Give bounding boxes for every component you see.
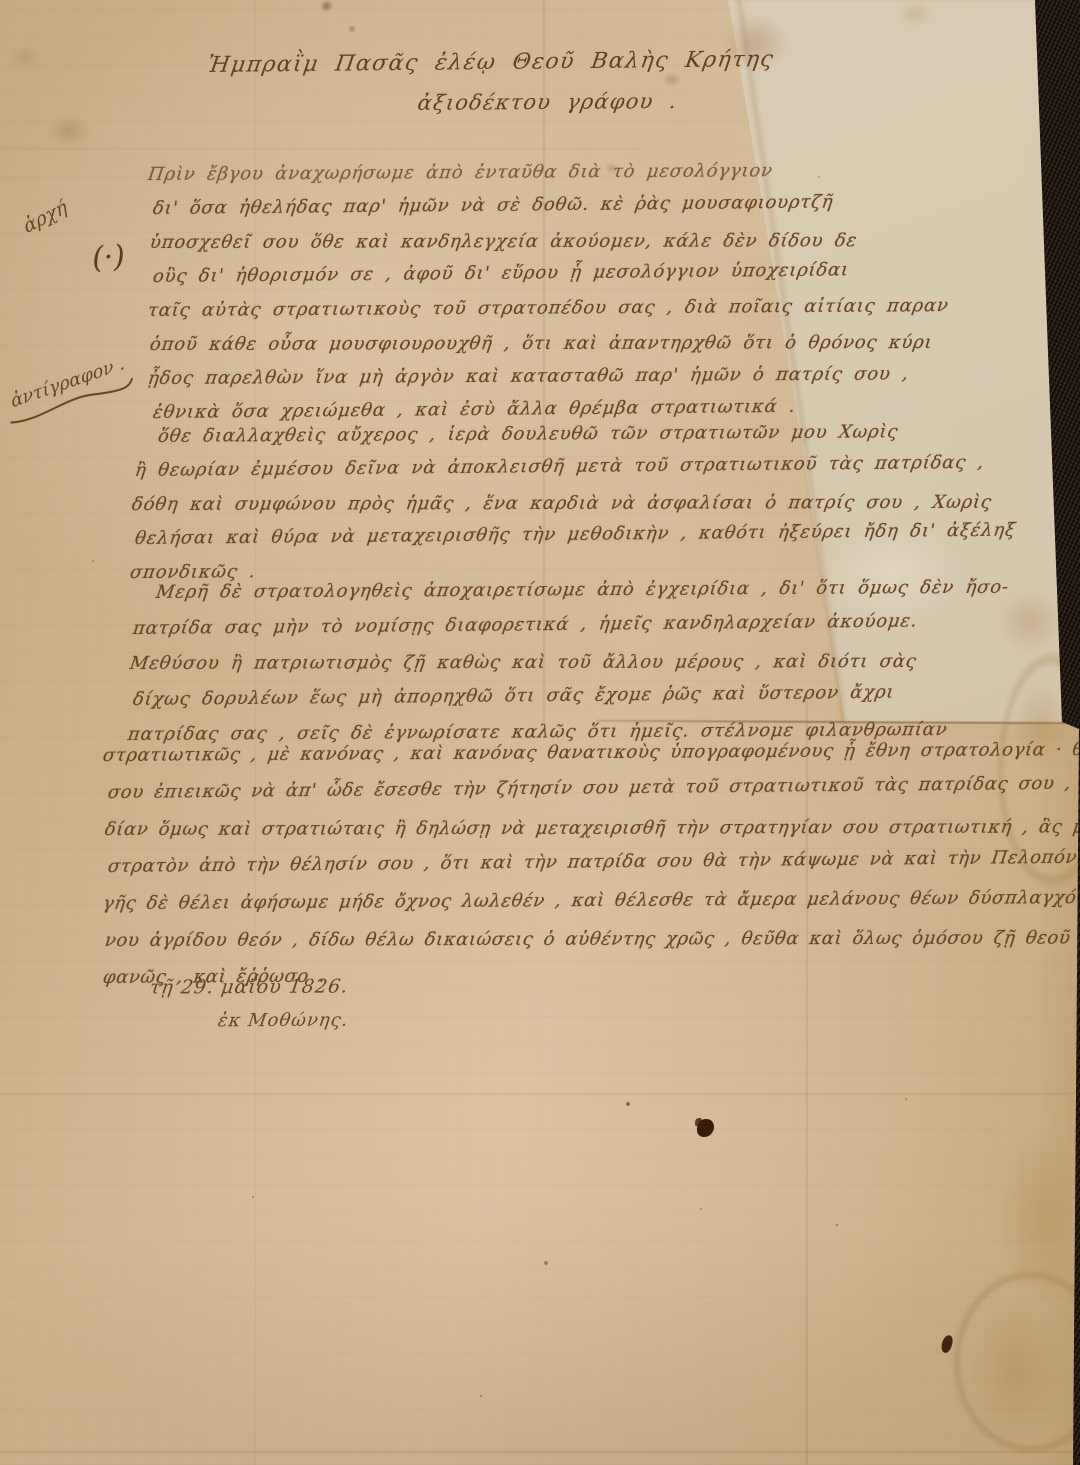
stain-spot xyxy=(898,2,932,26)
date-line: τῇ 29. μαΐου 1826. xyxy=(148,975,349,998)
stain-spot xyxy=(663,73,681,86)
ink-specks xyxy=(0,0,2,2)
manuscript-photo: Ἠμπραῒμ Πασᾶς ἐλέῳ Θεοῦ Βαλὴς Κρήτης ἀξι… xyxy=(0,0,1080,1465)
horizontal-fold-crease xyxy=(0,1451,1075,1453)
handwritten-line: ἢ θεωρίαν ἐμμέσου δεῖνα νὰ ἀποκλεισθῆ με… xyxy=(133,446,1018,488)
heading-line-1: Ἠμπραῒμ Πασᾶς ἐλέῳ Θεοῦ Βαλὴς Κρήτης xyxy=(206,47,776,78)
handwritten-line: ὁποῦ κάθε οὖσα μουσφιουρουχθῆ , ὅτι καὶ … xyxy=(148,326,951,362)
ink-spot xyxy=(320,0,333,12)
ink-blot xyxy=(697,1119,714,1137)
place-line: ἐκ Μοθώνης. xyxy=(217,1010,350,1031)
handwritten-line: ταῖς αὐτὰς στρατιωτικοὺς τοῦ στρατοπέδου… xyxy=(146,289,951,328)
margin-reference-mark: (·) xyxy=(91,239,126,276)
handwritten-line: δι' ὅσα ἠθελήδας παρ' ἡμῶν νὰ σὲ δοθῶ. κ… xyxy=(151,184,952,226)
paragraph-1: Πρὶν ἔβγου ἀναχωρήσωμε ἀπὸ ἐνταῦθα διὰ τ… xyxy=(148,158,948,430)
foxing-stain xyxy=(48,116,90,146)
horizontal-fold-crease xyxy=(0,148,640,149)
ink-spot xyxy=(348,25,356,33)
handwritten-line: γῆς δὲ θέλει ἀφήσωμε μήδε ὄχνος λωλεθέν … xyxy=(101,879,1080,922)
margin-note-top: ἀρχή xyxy=(21,196,70,238)
handwritten-line: θελήσαι καὶ θύρα νὰ μεταχειρισθῆς τὴν με… xyxy=(133,514,1018,556)
margin-note-side: ἀντίγραφον . xyxy=(9,353,126,413)
paragraph-2: ὅθε διαλλαχθεὶς αὔχερος , ἱερὰ δουλευθῶ … xyxy=(130,420,1015,590)
horizontal-fold-crease xyxy=(0,1093,1075,1095)
paragraph-3: Μερῆ δὲ στρατολογηθεὶς ἀποχαιρετίσωμε ἀπ… xyxy=(128,575,1008,753)
heading-line-2: ἀξιοδέκτου γράφου . xyxy=(416,89,679,115)
manuscript-page: Ἠμπραῒμ Πασᾶς ἐλέῳ Θεοῦ Βαλὴς Κρήτης ἀξι… xyxy=(0,0,1080,1465)
paragraph-4: στρατιωτικῶς , μὲ κανόνας , καὶ κανόνας … xyxy=(103,737,1080,996)
handwritten-line: οὓς δι' ἠθορισμόν σε , ἀφοῦ δι' εὕρου ᾗ … xyxy=(151,252,952,294)
foxing-stain xyxy=(12,46,40,68)
